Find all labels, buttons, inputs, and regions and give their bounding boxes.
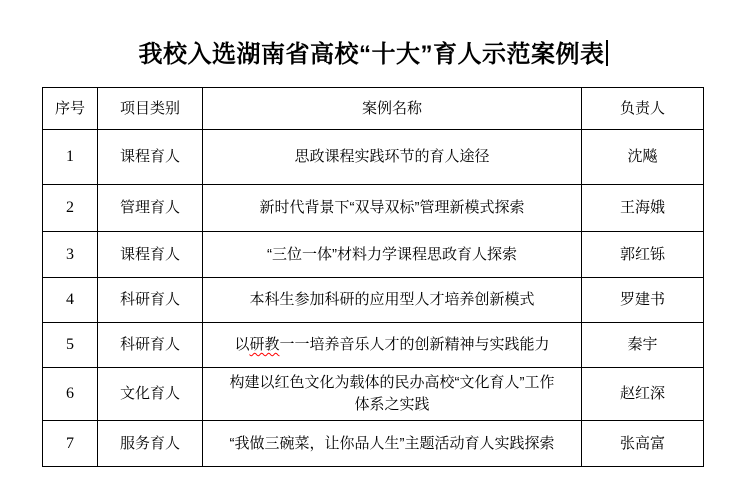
header-owner[interactable]: 负责人 <box>582 88 704 130</box>
cell-case-name[interactable]: 以研教一一培养音乐人才的创新精神与实践能力 <box>203 323 582 368</box>
cell-seq[interactable]: 7 <box>43 421 98 467</box>
cell-category[interactable]: 服务育人 <box>98 421 203 467</box>
document-title-text: 我校入选湖南省高校“十大”育人示范案例表 <box>139 41 605 68</box>
cell-category[interactable]: 科研育人 <box>98 278 203 323</box>
cell-category[interactable]: 科研育人 <box>98 323 203 368</box>
case-name-line: 体系之实践 <box>205 394 579 416</box>
cell-owner[interactable]: 罗建书 <box>582 278 704 323</box>
cell-case-name[interactable]: 本科生参加科研的应用型人才培养创新模式 <box>203 278 582 323</box>
table-row: 6 文化育人 构建以红色文化为载体的民办高校“文化育人”工作 体系之实践 赵红深 <box>43 368 704 421</box>
cell-owner[interactable]: 秦宇 <box>582 323 704 368</box>
cell-case-name[interactable]: 构建以红色文化为载体的民办高校“文化育人”工作 体系之实践 <box>203 368 582 421</box>
cell-owner[interactable]: 赵红深 <box>582 368 704 421</box>
cell-seq[interactable]: 6 <box>43 368 98 421</box>
case-name-segment: 一一培养音乐人才的创新精神与实践能力 <box>280 336 550 353</box>
cell-case-name[interactable]: 思政课程实践环节的育人途径 <box>203 130 582 185</box>
header-category[interactable]: 项目类别 <box>98 88 203 130</box>
cases-table: 序号 项目类别 案例名称 负责人 1 课程育人 思政课程实践环节的育人途径 沈飚… <box>42 87 704 467</box>
spellcheck-underlined-text: 研教 <box>249 336 279 353</box>
cell-case-name[interactable]: “我做三碗菜，让你品人生”主题活动育人实践探索 <box>203 421 582 467</box>
table-row: 4 科研育人 本科生参加科研的应用型人才培养创新模式 罗建书 <box>43 278 704 323</box>
cell-category[interactable]: 管理育人 <box>98 185 203 232</box>
cell-seq[interactable]: 3 <box>43 232 98 278</box>
case-name-segment: 以 <box>234 336 249 353</box>
table-row: 3 课程育人 “三位一体”材料力学课程思政育人探索 郭红铄 <box>43 232 704 278</box>
cell-owner[interactable]: 沈飚 <box>582 130 704 185</box>
table-header-row: 序号 项目类别 案例名称 负责人 <box>43 88 704 130</box>
cell-case-name[interactable]: “三位一体”材料力学课程思政育人探索 <box>203 232 582 278</box>
cell-seq[interactable]: 5 <box>43 323 98 368</box>
cell-category[interactable]: 课程育人 <box>98 130 203 185</box>
table-row: 5 科研育人 以研教一一培养音乐人才的创新精神与实践能力 秦宇 <box>43 323 704 368</box>
table-row: 1 课程育人 思政课程实践环节的育人途径 沈飚 <box>43 130 704 185</box>
cell-seq[interactable]: 4 <box>43 278 98 323</box>
document-title[interactable]: 我校入选湖南省高校“十大”育人示范案例表 <box>0 34 746 69</box>
cell-seq[interactable]: 2 <box>43 185 98 232</box>
cell-owner[interactable]: 郭红铄 <box>582 232 704 278</box>
cell-owner[interactable]: 张高富 <box>582 421 704 467</box>
cell-case-name[interactable]: 新时代背景下“双导双标”管理新模式探索 <box>203 185 582 232</box>
cell-category[interactable]: 文化育人 <box>98 368 203 421</box>
cell-category[interactable]: 课程育人 <box>98 232 203 278</box>
document-page[interactable]: 我校入选湖南省高校“十大”育人示范案例表 序号 项目类别 案例名称 负责人 1 … <box>0 0 746 482</box>
header-case-name[interactable]: 案例名称 <box>203 88 582 130</box>
text-cursor <box>606 40 608 66</box>
cell-seq[interactable]: 1 <box>43 130 98 185</box>
table-row: 2 管理育人 新时代背景下“双导双标”管理新模式探索 王海娥 <box>43 185 704 232</box>
cell-owner[interactable]: 王海娥 <box>582 185 704 232</box>
table-row: 7 服务育人 “我做三碗菜，让你品人生”主题活动育人实践探索 张高富 <box>43 421 704 467</box>
case-name-line: 构建以红色文化为载体的民办高校“文化育人”工作 <box>205 372 579 394</box>
header-seq[interactable]: 序号 <box>43 88 98 130</box>
